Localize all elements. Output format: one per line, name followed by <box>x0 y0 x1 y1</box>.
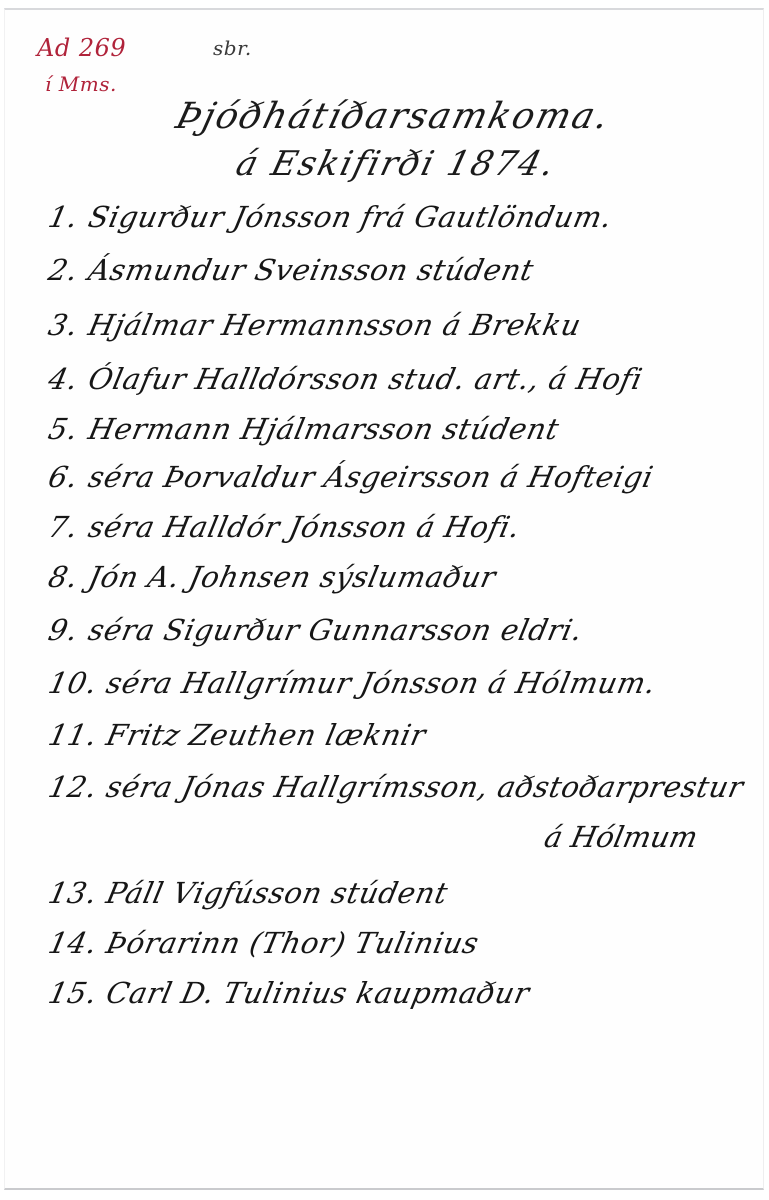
list-item: 13.Páll Vigfússon stúdent <box>45 876 451 910</box>
list-item: 4.Ólafur Halldórsson stud. art., á Hofi <box>45 362 645 396</box>
item-text: séra Hallgrímur Jónsson á Hólmum. <box>103 666 659 700</box>
list-item: 10.séra Hallgrímur Jónsson á Hólmum. <box>45 666 659 700</box>
list-item: 3.Hjálmar Hermannsson á Brekku <box>45 308 584 342</box>
list-item: 8.Jón A. Johnsen sýslumaður <box>45 560 499 594</box>
list-item: 9.séra Sigurður Gunnarsson eldri. <box>45 613 586 647</box>
item-text: Sigurður Jónsson frá Gautlöndum. <box>85 200 615 234</box>
item-text: Carl D. Tulinius kaupmaður <box>103 976 533 1010</box>
item-number: 12. <box>45 770 100 804</box>
item-text: Ólafur Halldórsson stud. art., á Hofi <box>85 362 645 396</box>
item-text: séra Þorvaldur Ásgeirsson á Hofteigi <box>85 460 656 494</box>
item-number: 13. <box>45 876 100 910</box>
item-number: 7. <box>45 510 82 544</box>
shelf-mark-annotation: Ad 269 <box>37 34 126 62</box>
item-number: 14. <box>45 926 100 960</box>
list-item: 12.séra Jónas Hallgrímsson, aðstoðarpres… <box>45 770 746 804</box>
item-text: Hjálmar Hermannsson á Brekku <box>85 308 584 342</box>
item-text: séra Halldór Jónsson á Hofi. <box>85 510 523 544</box>
list-item: 1.Sigurður Jónsson frá Gautlöndum. <box>45 200 615 234</box>
item-number: 5. <box>45 412 82 446</box>
item-number: 4. <box>45 362 82 396</box>
list-item: 15.Carl D. Tulinius kaupmaður <box>45 976 532 1010</box>
item-number: 8. <box>45 560 82 594</box>
list-item: 11.Fritz Zeuthen læknir <box>45 718 429 752</box>
item-number: 10. <box>45 666 100 700</box>
item-text: Hermann Hjálmarsson stúdent <box>85 412 562 446</box>
document-title: Þjóðhátíðarsamkoma. <box>172 96 615 137</box>
item-text: Páll Vigfússon stúdent <box>103 876 451 910</box>
item-number: 3. <box>45 308 82 342</box>
item-number: 11. <box>45 718 100 752</box>
list-item: 7.séra Halldór Jónsson á Hofi. <box>45 510 523 544</box>
manuscript-page: Ad 269 í Mms. sbr. Þjóðhátíðarsamkoma. á… <box>4 8 764 1190</box>
item-number: 15. <box>45 976 100 1010</box>
item-number: 1. <box>45 200 82 234</box>
list-item: 6.séra Þorvaldur Ásgeirsson á Hofteigi <box>45 460 656 494</box>
item-text: séra Jónas Hallgrímsson, aðstoðarprestur <box>103 770 746 804</box>
item-text: Fritz Zeuthen læknir <box>103 718 429 752</box>
document-subtitle: á Eskifirði 1874. <box>232 144 560 184</box>
list-item: 14.Þórarinn (Thor) Tulinius <box>45 926 482 960</box>
list-item: 5.Hermann Hjálmarsson stúdent <box>45 412 562 446</box>
item-number: 6. <box>45 460 82 494</box>
shelf-sub-annotation: í Mms. <box>45 72 117 96</box>
item-text: Jón A. Johnsen sýslumaður <box>85 560 499 594</box>
item-text: séra Sigurður Gunnarsson eldri. <box>85 613 586 647</box>
item-number: 9. <box>45 613 82 647</box>
item-text: Þórarinn (Thor) Tulinius <box>103 926 482 960</box>
abbreviation-note: sbr. <box>213 36 252 60</box>
item-text: Ásmundur Sveinsson stúdent <box>85 253 537 287</box>
item-number: 2. <box>45 253 82 287</box>
list-item: 2.Ásmundur Sveinsson stúdent <box>45 253 537 287</box>
list-item-continuation: á Hólmum <box>541 820 700 854</box>
